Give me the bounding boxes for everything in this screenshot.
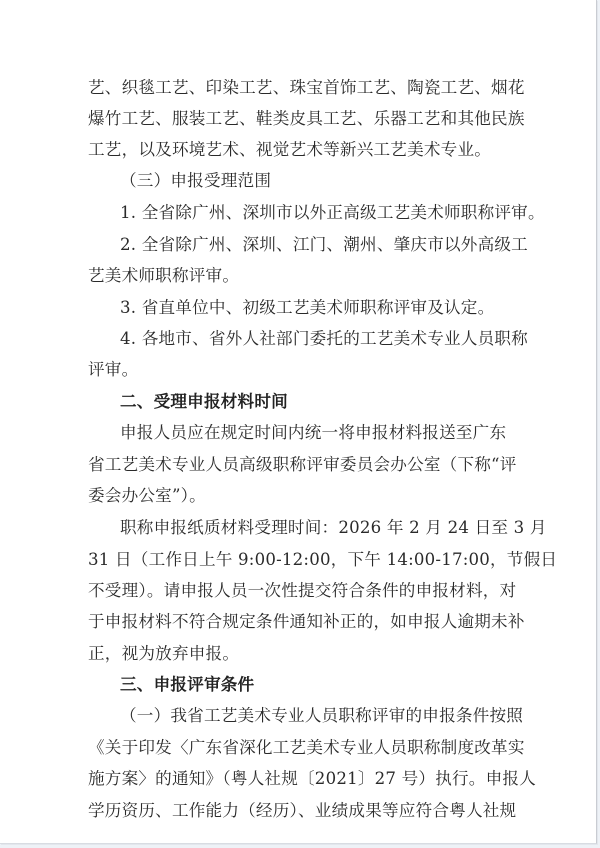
body-line-1: 艺、织毯工艺、印染工艺、珠宝首饰工艺、陶瓷工艺、烟花 [88,75,506,101]
body-line-2: 爆竹工艺、服装工艺、鞋类皮具工艺、乐器工艺和其他民族 [88,106,506,132]
list-item-2: 2. 全省除广州、深圳、江门、潮州、肇庆市以外高级工 [120,232,506,258]
list-item-4-cont: 评审。 [88,357,506,383]
subsection-heading-application-scope: （三）申报受理范围 [120,168,506,194]
section-heading-submission-time: 二、受理申报材料时间 [120,389,506,415]
paragraph-submission-line-2: 省工艺美术专业人员高级职称评审委员会办公室（下称“评 [88,452,506,478]
paragraph-time-line-3: 不受理）。请申报人员一次性提交符合条件的申报材料，对 [88,578,506,604]
list-item-3: 3. 省直单位中、初级工艺美术师职称评审及认定。 [120,295,506,321]
paragraph-time-line-4: 于申报材料不符合规定条件通知补正的，如申报人逾期未补 [88,609,506,635]
list-item-1: 1. 全省除广州、深圳市以外正高级工艺美术师职称评审。 [120,200,506,226]
paragraph-time-line-1: 职称申报纸质材料受理时间：2026 年 2 月 24 日至 3 月 [120,515,506,541]
body-line-3: 工艺，以及环境艺术、视觉艺术等新兴工艺美术专业。 [88,137,506,163]
paragraph-submission-line-1: 申报人员应在规定时间内统一将申报材料报送至广东 [120,420,506,446]
paragraph-submission-line-3: 委会办公室”）。 [88,483,506,509]
paragraph-conditions-line-4: 学历资历、工作能力（经历）、业绩成果等应符合粤人社规 [88,798,506,824]
document-page: 艺、织毯工艺、印染工艺、珠宝首饰工艺、陶瓷工艺、烟花 爆竹工艺、服装工艺、鞋类皮… [0,0,597,844]
list-item-4: 4. 各地市、省外人社部门委托的工艺美术专业人员职称 [120,326,506,352]
paragraph-conditions-line-2: 《关于印发〈广东省深化工艺美术专业人员职称制度改革实 [88,735,506,761]
paragraph-time-line-2: 31 日（工作日上午 9:00-12:00，下午 14:00-17:00，节假日 [88,547,506,573]
paragraph-conditions-line-3: 施方案〉的通知》（粤人社规〔2021〕27 号）执行。申报人 [88,766,506,792]
section-heading-review-conditions: 三、申报评审条件 [120,672,506,698]
paragraph-conditions-line-1: （一）我省工艺美术专业人员职称评审的申报条件按照 [120,703,506,729]
paragraph-time-line-5: 正，视为放弃申报。 [88,641,506,667]
list-item-2-cont: 艺美术师职称评审。 [88,263,506,289]
